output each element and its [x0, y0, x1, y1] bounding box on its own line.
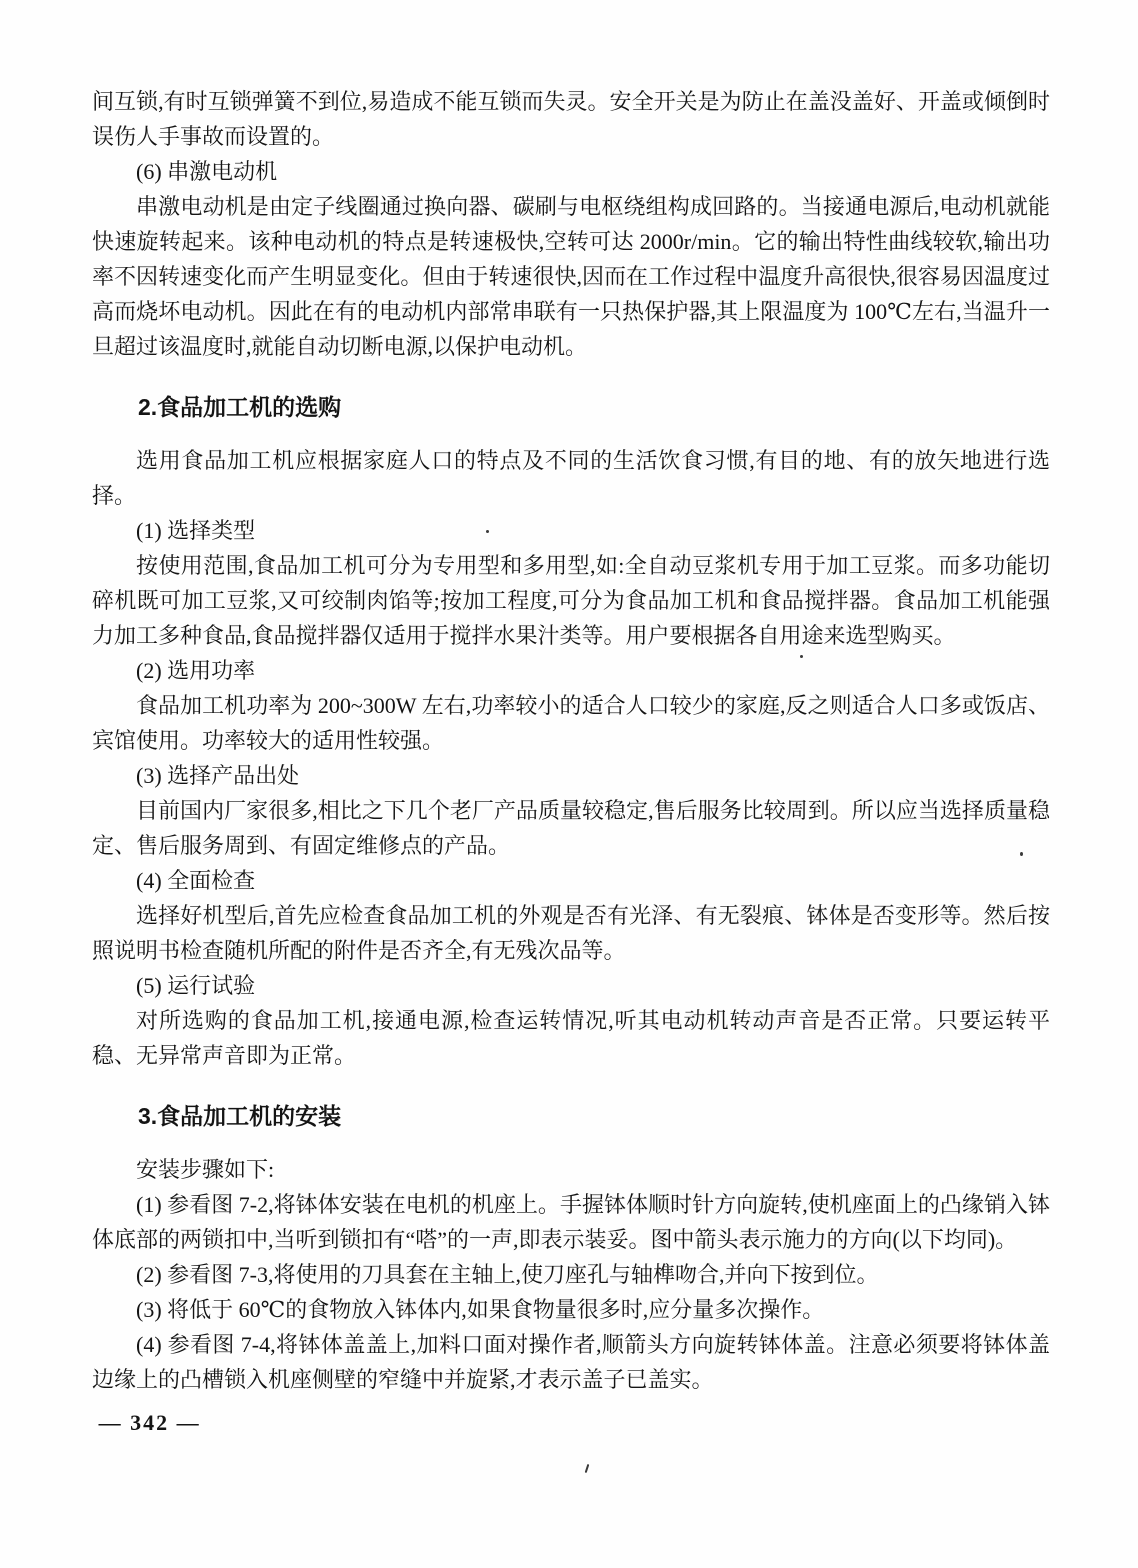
- paragraph: 串激电动机是由定子线圈通过换向器、碳刷与电枢绕组构成回路的。当接通电源后,电动机…: [92, 189, 1050, 364]
- page-number: — 342 —: [92, 1405, 1050, 1440]
- scan-speck: [1020, 852, 1023, 856]
- paragraph: 目前国内厂家很多,相比之下几个老厂产品质量较稳定,售后服务比较周到。所以应当选择…: [92, 793, 1050, 863]
- scan-speck: [585, 1464, 590, 1473]
- item-heading: (3) 选择产品出处: [92, 758, 1050, 793]
- item-heading: (2) 选用功率: [92, 653, 1050, 688]
- scan-speck: [800, 655, 803, 658]
- page-body: 间互锁,有时互锁弹簧不到位,易造成不能互锁而失灵。安全开关是为防止在盖没盖好、开…: [92, 84, 1050, 1462]
- paragraph: 间互锁,有时互锁弹簧不到位,易造成不能互锁而失灵。安全开关是为防止在盖没盖好、开…: [92, 84, 1050, 154]
- paragraph: (3) 将低于 60℃的食物放入钵体内,如果食物量很多时,应分量多次操作。: [92, 1292, 1050, 1327]
- paragraph: (2) 参看图 7-3,将使用的刀具套在主轴上,使刀座孔与轴榫吻合,并向下按到位…: [92, 1257, 1050, 1292]
- item-heading: (6) 串激电动机: [92, 154, 1050, 189]
- paragraph: (4) 参看图 7-4,将钵体盖盖上,加料口面对操作者,顺箭头方向旋转钵体盖。注…: [92, 1327, 1050, 1397]
- paragraph: 对所选购的食品加工机,接通电源,检查运转情况,听其电动机转动声音是否正常。只要运…: [92, 1003, 1050, 1073]
- item-heading: (5) 运行试验: [92, 968, 1050, 1003]
- paragraph: 按使用范围,食品加工机可分为专用型和多用型,如:全自动豆浆机专用于加工豆浆。而多…: [92, 548, 1050, 653]
- item-heading: (1) 选择类型: [92, 513, 1050, 548]
- document-page: 间互锁,有时互锁弹簧不到位,易造成不能互锁而失灵。安全开关是为防止在盖没盖好、开…: [0, 0, 1138, 1568]
- paragraph: 食品加工机功率为 200~300W 左右,功率较小的适合人口较少的家庭,反之则适…: [92, 688, 1050, 758]
- scan-speck: [486, 530, 489, 533]
- paragraph: 选用食品加工机应根据家庭人口的特点及不同的生活饮食习惯,有目的地、有的放矢地进行…: [92, 443, 1050, 513]
- paragraph: (1) 参看图 7-2,将钵体安装在电机的机座上。手握钵体顺时针方向旋转,使机座…: [92, 1187, 1050, 1257]
- paragraph: 安装步骤如下:: [92, 1152, 1050, 1187]
- section-heading: 3.食品加工机的安装: [92, 1099, 1050, 1134]
- paragraph: 选择好机型后,首先应检查食品加工机的外观是否有光泽、有无裂痕、钵体是否变形等。然…: [92, 898, 1050, 968]
- section-heading: 2.食品加工机的选购: [92, 390, 1050, 425]
- item-heading: (4) 全面检查: [92, 863, 1050, 898]
